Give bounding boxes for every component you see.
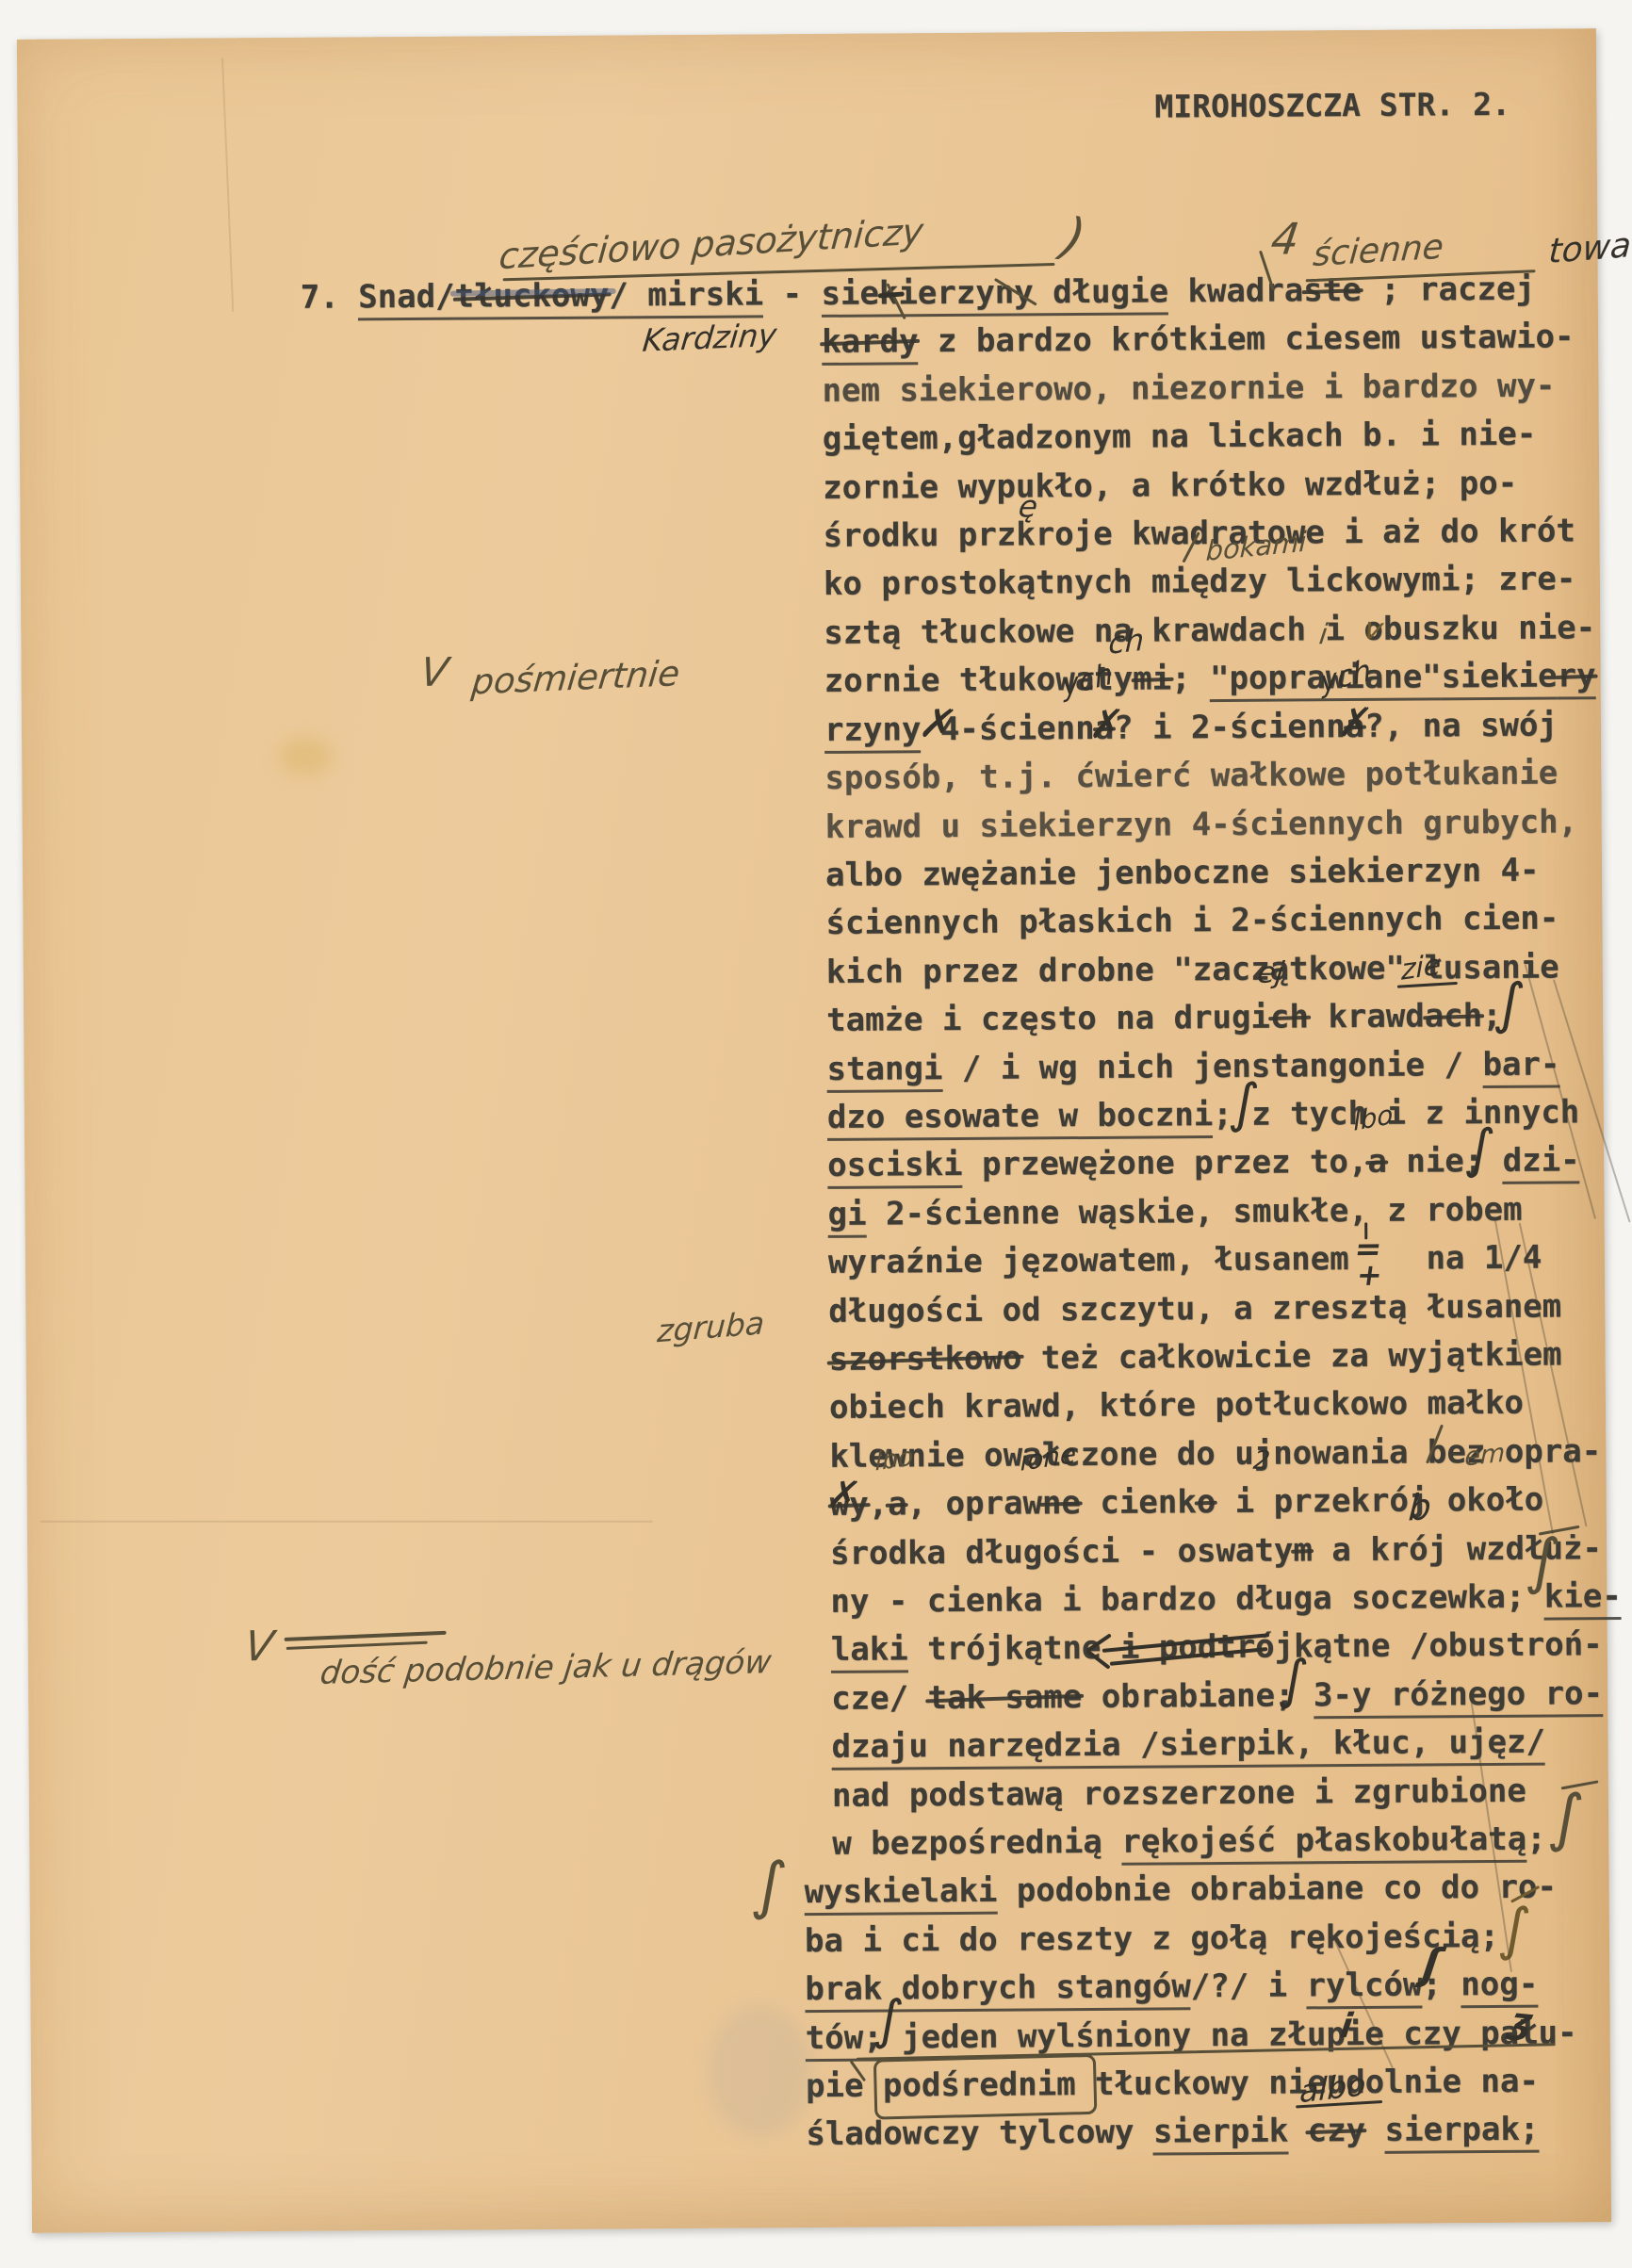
typed-line: zornie wypukło, a krótko wzdłuż; po- — [823, 465, 1517, 507]
underlined-text: dzi- — [1503, 1141, 1580, 1184]
underlined-text: laki — [831, 1630, 908, 1673]
struck-text: szorstkowo — [829, 1339, 1022, 1378]
typed-text: środka długości - oswaty — [830, 1531, 1294, 1572]
struck-text: tłuckowy — [454, 277, 609, 320]
underlined-text: 3-y różnego ro- — [1314, 1674, 1603, 1719]
typed-text: sztą tłuckowe na krawdach i obuszku nie- — [824, 609, 1595, 652]
typed-text: sposób, t.j. ćwierć wałkowe potłukanie — [824, 754, 1558, 796]
typed-text: też całkowicie za wyjątkiem — [1021, 1335, 1561, 1377]
typed-text: ; — [1526, 1820, 1546, 1858]
hand-note-scienne: ścienne — [1312, 228, 1445, 274]
typed-text: kich przez drobne "zaczątkowe" łusanie — [826, 948, 1559, 990]
paper-stain — [278, 737, 333, 776]
typed-text: ? i 2-ścienn — [1114, 708, 1346, 747]
typed-line: gi 2-ścienne wąskie, smukłe, z robem — [827, 1191, 1522, 1238]
typed-line: ściennych płaskich i 2-ściennych cien- — [825, 899, 1559, 941]
typed-text: wyraźnie jęzowatem, łusanem na 1/4 — [828, 1239, 1542, 1281]
underlined-text: stangi — [826, 1050, 942, 1093]
struck-text: mi — [1133, 660, 1171, 697]
typed-line: ba i ci do reszty z gołą rękojeścią; — [805, 1917, 1499, 1960]
typed-text: krawd — [1309, 997, 1425, 1036]
page-header: MIROHOSZCZA STR. 2. — [1154, 86, 1510, 125]
typed-text: cze/ — [831, 1679, 928, 1718]
typed-text: 7. — [301, 278, 359, 316]
typed-line: ko prostokątnych między lickowymi; zre- — [824, 560, 1576, 603]
typed-text: cienk — [1081, 1483, 1197, 1522]
underlined-text: siekie — [1442, 657, 1558, 700]
typed-line: kich przez drobne "zaczątkowe" łusanie — [826, 948, 1559, 990]
hand-note-em: em — [1464, 1439, 1506, 1473]
typed-text: ny - cienka i bardzo długa soczewka; — [830, 1578, 1544, 1621]
typed-text: tamże i często na drugi — [826, 999, 1270, 1039]
typed-text: i przekrój około — [1216, 1481, 1543, 1521]
struck-text: ch — [1270, 998, 1309, 1036]
typed-text: trójkątne i podtrójkątne /obustroń- — [908, 1625, 1603, 1668]
typed-line: kardy z bardzo krótkiem ciesem ustawio- — [822, 318, 1575, 366]
typed-line: tamże i często na drugich krawdach; — [826, 997, 1502, 1039]
hand-insert-b: b — [1407, 1485, 1432, 1528]
typed-text: z bardzo krótkiem ciesem ustawio- — [918, 318, 1574, 360]
struck-text: kardy — [822, 322, 919, 366]
typed-text: długości od szczytu, a zresztą łusanem — [828, 1287, 1561, 1330]
typed-line: giętem,gładzonym na lickach b. i nie- — [823, 416, 1537, 458]
typed-text — [1365, 2112, 1385, 2149]
typed-line: laki trójkątne i podtrójkątne /obustroń- — [831, 1625, 1603, 1673]
typed-line: w bezpośrednią rękojeść płaskobułatą; — [832, 1820, 1546, 1868]
typed-line: nad podstawą rozszerzone i zgrubione — [832, 1772, 1526, 1815]
underlined-text: rzyny — [824, 710, 922, 754]
typed-line: szorstkowo też całkowicie za wyjątkiem — [829, 1335, 1562, 1378]
hand-note-kardziny: Kardziny — [641, 317, 778, 359]
underlined-text: / mirski — [609, 275, 763, 318]
typed-text: obiech krawd, które potłuckowo małko — [829, 1384, 1524, 1427]
typed-text: ; — [1171, 660, 1210, 697]
typed-line: krawd u siekierzyn 4-ściennych grubych, — [825, 803, 1578, 846]
underlined-text: wyskielaki — [804, 1872, 997, 1916]
typed-text: krawd u siekierzyn 4-ściennych grubych, — [825, 803, 1578, 846]
typed-text: 2-ścienne wąskie, smukłe, z robem — [866, 1191, 1522, 1233]
typed-line: dzaju narzędzia /sierpik, kłuc, ujęz/ — [831, 1723, 1545, 1770]
typed-line: wy,a, oprawne cienko i przekrój około — [830, 1481, 1544, 1524]
underlined-text: tów; — [806, 2019, 883, 2063]
struck-text: a — [1367, 1143, 1387, 1181]
hand-x-mark: ✗ — [1087, 701, 1127, 747]
hand-note-ej: ej — [1255, 956, 1285, 990]
typed-line: środka długości - oswatym a krój wzdłuż- — [830, 1529, 1602, 1573]
hand-tick — [1364, 1222, 1367, 1239]
typed-line: obiech krawd, które potłuckowo małko — [829, 1384, 1524, 1427]
struck-text: ry — [1557, 657, 1595, 699]
typed-text: / i wg nich jenstangonie / — [942, 1046, 1482, 1087]
typed-line: sztą tłuckowe na krawdach i obuszku nie- — [824, 609, 1595, 652]
typed-text: ko prostokątnych między lickowymi; zre- — [824, 560, 1576, 603]
hand-plusminus-mark: + — [1355, 1257, 1385, 1293]
hand-note-ch: ch — [1108, 621, 1145, 661]
typed-line: stangi / i wg nich jenstangonie / bar- — [826, 1045, 1559, 1092]
typed-line: wyraźnie jęzowatem, łusanem na 1/4 — [828, 1239, 1542, 1281]
hand-box-podsrednim — [873, 2054, 1097, 2120]
struck-text: ne — [1042, 1484, 1081, 1522]
typed-text: albo zwężanie jenboczne siekierzyn 4- — [825, 852, 1540, 894]
typed-line: długości od szczytu, a zresztą łusanem — [828, 1287, 1561, 1330]
underlined-text: gi — [827, 1196, 866, 1238]
typed-line: ny - cienka i bardzo długa soczewka; kie… — [830, 1577, 1622, 1625]
underlined-text: brak dobrych stangów — [805, 1967, 1191, 2013]
typed-line: wyskielaki podobnie obrabiane co do ro- — [804, 1868, 1557, 1917]
underlined-text: dzaju narzędzia /sierpik, kłuc, ujęz/ — [831, 1723, 1545, 1770]
struck-text: a — [888, 1485, 907, 1523]
typed-text: podobnie obrabiane co do ro- — [997, 1868, 1557, 1910]
typed-line: nem siekierowo, niezornie i bardzo wy- — [822, 367, 1555, 410]
struck-text: ach — [1425, 997, 1483, 1035]
underlined-text: rękojeść płaskobułatą — [1121, 1820, 1526, 1866]
underlined-text: osciski — [827, 1146, 963, 1189]
typed-line: tów; jeden wylśniony na złupie czy pału- — [806, 2014, 1577, 2062]
typed-text: giętem,gładzonym na lickach b. i nie- — [823, 416, 1537, 458]
typed-text: /?/ i — [1191, 1966, 1307, 2005]
typed-text: ba i ci do reszty z gołą rękojeścią; — [805, 1917, 1499, 1960]
scene: MIROHOSZCZA STR. 2. 7. Snad/tłuckowy/ mi… — [0, 0, 1632, 2268]
hand-note-towate: towate — [1547, 223, 1632, 271]
typed-line: albo zwężanie jenboczne siekierzyn 4- — [825, 852, 1540, 894]
typed-text: ściennych płaskich i 2-ściennych cien- — [825, 899, 1559, 941]
typed-line: zornie tłukowatymi; "poprawiane"siekiery — [824, 657, 1596, 705]
underlined-text: sierpik — [1153, 2113, 1289, 2156]
underlined-text: dzo esowate w boczni — [827, 1096, 1214, 1141]
typed-text: , opraw — [907, 1484, 1043, 1523]
ghost-stamp — [707, 2005, 813, 2138]
struck-text: tak same — [927, 1678, 1082, 1717]
struck-text: czy — [1308, 2112, 1366, 2149]
underlined-text: Snad/ — [358, 278, 455, 321]
paper-crease — [41, 1521, 653, 1523]
typed-text: kwadra — [1168, 271, 1304, 310]
struck-text: m — [1293, 1531, 1313, 1569]
struck-text: o — [1197, 1483, 1216, 1521]
typed-text: śladowczy tylcowy — [806, 2113, 1153, 2154]
typed-text: w bezpośrednią — [832, 1823, 1121, 1863]
typed-text: ; z tych i z innych — [1213, 1093, 1579, 1134]
typed-text: - — [763, 275, 822, 313]
scan-page: { "document": { "header": "MIROHOSZCZA S… — [0, 0, 1632, 2268]
typed-line: cze/ tak same obrabiane; 3-y różnego ro- — [831, 1674, 1603, 1722]
typed-text: zornie wypukło, a krótko wzdłuż; po- — [823, 465, 1517, 507]
hand-x-mark: ✗ — [1336, 699, 1376, 745]
hand-note-lbo: lbo — [875, 1442, 914, 1477]
typed-text: nad podstawą rozszerzone i zgrubione — [832, 1772, 1526, 1815]
typed-line: sposób, t.j. ćwierć wałkowe potłukanie — [824, 754, 1558, 796]
typed-text: ?, na swój — [1364, 706, 1558, 744]
typed-text: nem siekierowo, niezornie i bardzo wy- — [822, 367, 1555, 410]
typed-text: przewężone przez to, — [962, 1143, 1367, 1183]
underlined-text: sierpak; — [1384, 2111, 1539, 2154]
hand-note-zie: zie — [1401, 948, 1441, 987]
typed-line: dzo esowate w boczni; z tych i z innych — [827, 1093, 1580, 1141]
